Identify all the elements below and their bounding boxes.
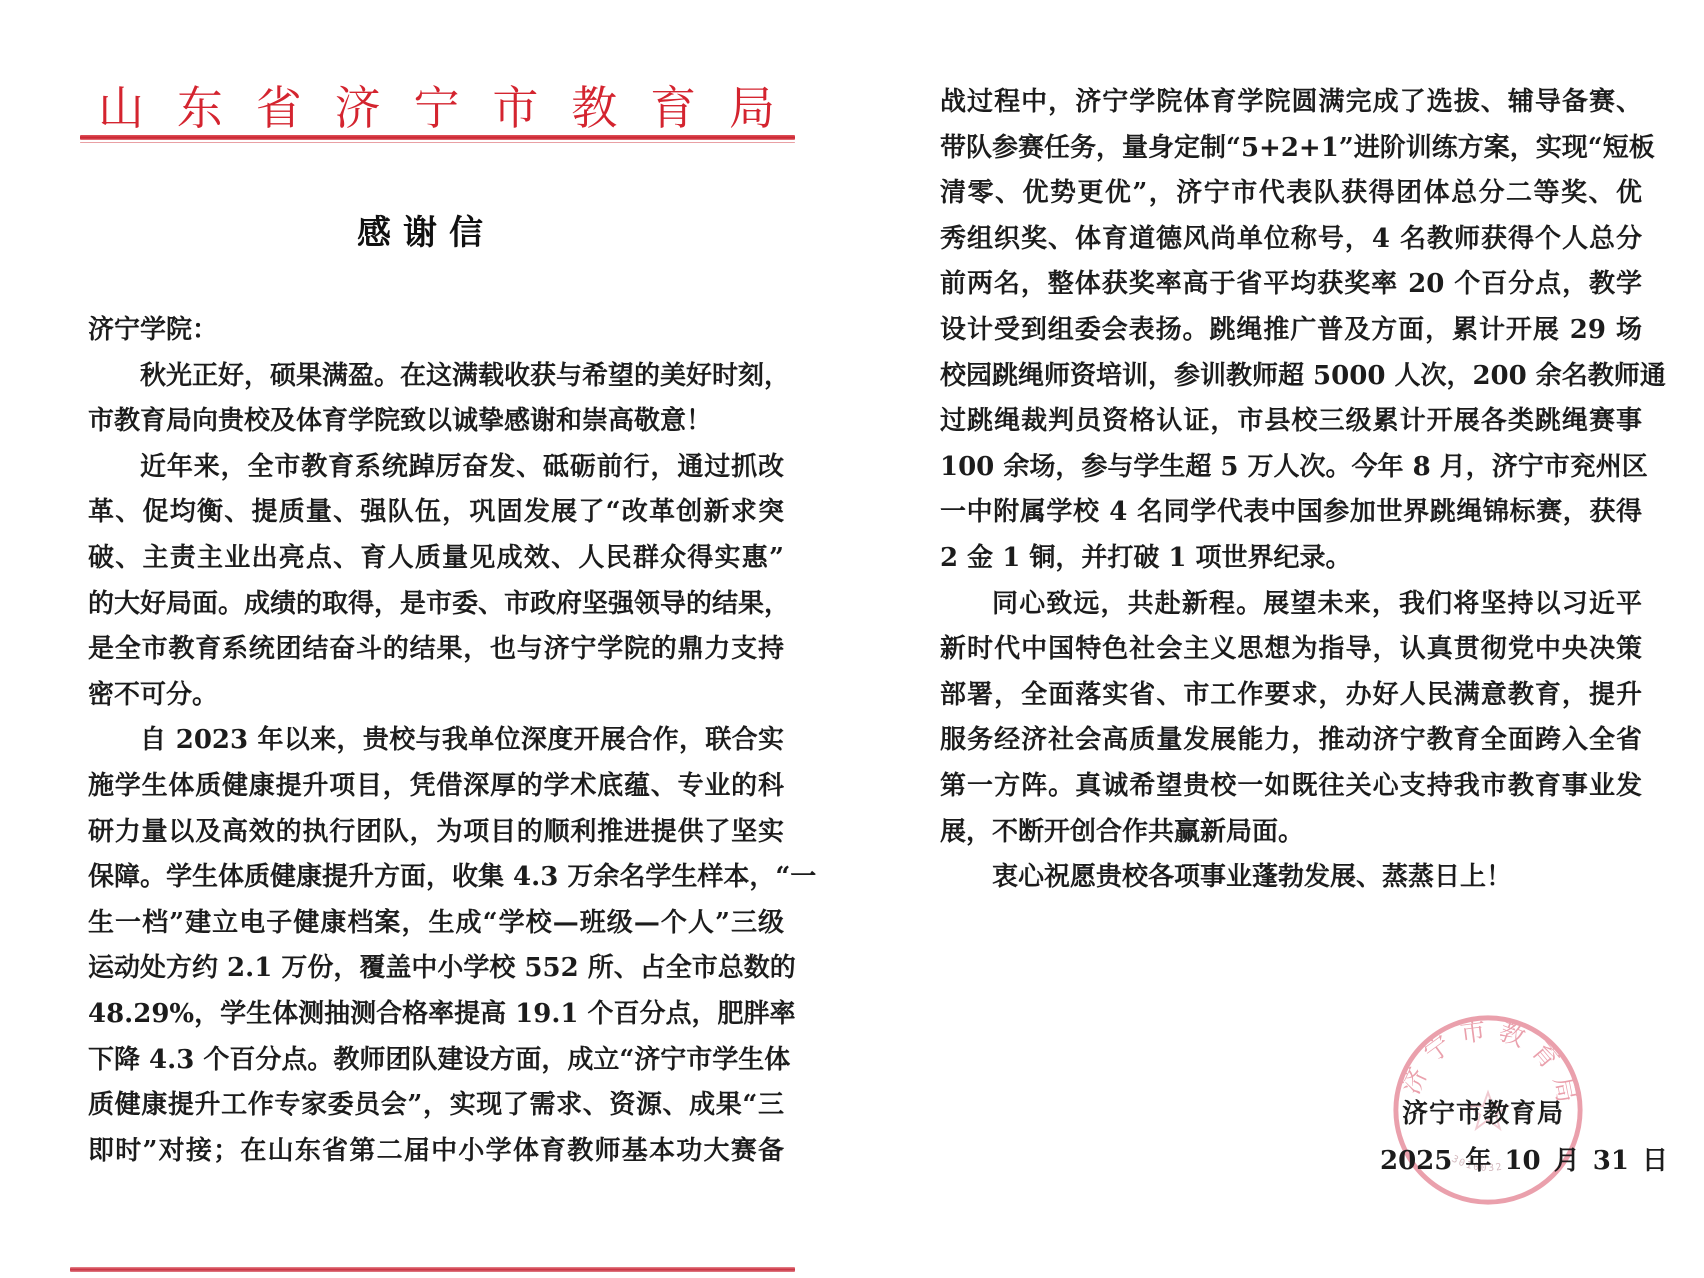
salutation: 济宁学院：	[88, 308, 784, 354]
letterhead-red-rule	[80, 135, 795, 140]
left-column-text-line: 密不可分。	[88, 673, 784, 719]
letterhead-char: 济	[335, 78, 381, 138]
right-column-text-line: 展，不断开创合作共赢新局面。	[940, 810, 1642, 856]
left-column-text-line: 质健康提升工作专家委员会”，实现了需求、资源、成果“三	[88, 1083, 784, 1129]
right-column-text-line: 清零、优势更优”，济宁市代表队获得团体总分二等奖、优	[940, 171, 1642, 217]
left-column-lines: 秋光正好，硕果满盈。在这满载收获与希望的美好时刻，市教育局向贵校及体育学院致以诚…	[88, 354, 784, 1175]
letterhead-char: 教	[571, 78, 617, 138]
left-column-text-line: 生一档”建立电子健康档案，生成“学校—班级—个人”三级	[88, 901, 784, 947]
left-column-body: 济宁学院： 秋光正好，硕果满盈。在这满载收获与希望的美好时刻，市教育局向贵校及体…	[88, 308, 784, 1174]
right-column-text-line: 衷心祝愿贵校各项事业蓬勃发展、蒸蒸日上！	[940, 855, 1642, 901]
right-column-text-line: 设计受到组委会表扬。跳绳推广普及方面，累计开展 29 场	[940, 308, 1642, 354]
left-column-text-line: 革、促均衡、提质量、强队伍，巩固发展了“改革创新求突	[88, 490, 784, 536]
signature-organization: 济宁市教育局	[1402, 1093, 1564, 1130]
right-column-text-line: 战过程中，济宁学院体育学院圆满完成了选拔、辅导备赛、	[940, 80, 1642, 126]
letterhead-thin-rule	[80, 142, 795, 143]
right-column-text-line: 部署，全面落实省、市工作要求，办好人民满意教育，提升	[940, 673, 1642, 719]
left-column-text-line: 研力量以及高效的执行团队，为项目的顺利推进提供了坚实	[88, 810, 784, 856]
left-column-text-line: 秋光正好，硕果满盈。在这满载收获与希望的美好时刻，	[88, 354, 784, 400]
right-column-body: 战过程中，济宁学院体育学院圆满完成了选拔、辅导备赛、带队参赛任务，量身定制“5+…	[940, 80, 1642, 901]
left-column-text-line: 破、主责主业出亮点、育人质量见成效、人民群众得实惠”	[88, 536, 784, 582]
left-column-text-line: 48.29%，学生体测抽测合格率提高 19.1 个百分点，肥胖率	[88, 992, 784, 1038]
letterhead-char: 市	[492, 78, 538, 138]
right-column-text-line: 第一方阵。真诚希望贵校一如既往关心支持我市教育事业发	[940, 764, 1642, 810]
left-column-text-line: 近年来，全市教育系统踔厉奋发、砥砺前行，通过抓改	[88, 445, 784, 491]
left-column-text-line: 是全市教育系统团结奋斗的结果，也与济宁学院的鼎力支持	[88, 627, 784, 673]
left-column-text-line: 即时”对接；在山东省第二届中小学体育教师基本功大赛备	[88, 1129, 784, 1175]
right-column-text-line: 过跳绳裁判员资格认证，市县校三级累计开展各类跳绳赛事	[940, 399, 1642, 445]
right-column-text-line: 前两名，整体获奖率高于省平均获奖率 20 个百分点，教学	[940, 262, 1642, 308]
right-column-text-line: 带队参赛任务，量身定制“5+2+1”进阶训练方案，实现“短板	[940, 126, 1642, 172]
left-column-text-line: 市教育局向贵校及体育学院致以诚挚感谢和崇高敬意！	[88, 399, 784, 445]
right-column-text-line: 服务经济社会高质量发展能力，推动济宁教育全面跨入全省	[940, 718, 1642, 764]
right-column-text-line: 秀组织奖、体育道德风尚单位称号，4 名教师获得个人总分	[940, 217, 1642, 263]
right-column-text-line: 一中附属学校 4 名同学代表中国参加世界跳绳锦标赛，获得	[940, 490, 1642, 536]
left-column-text-line: 保障。学生体质健康提升方面，收集 4.3 万余名学生样本，“一	[88, 855, 784, 901]
letterhead-char: 局	[729, 78, 775, 138]
left-column-text-line: 下降 4.3 个百分点。教师团队建设方面，成立“济宁市学生体	[88, 1038, 784, 1084]
right-column-text-line: 新时代中国特色社会主义思想为指导，认真贯彻党中央决策	[940, 627, 1642, 673]
letter-page-left: 山东省济宁市教育局 感谢信 济宁学院： 秋光正好，硕果满盈。在这满载收获与希望的…	[0, 0, 852, 1278]
left-column-text-line: 自 2023 年以来，贵校与我单位深度开展合作，联合实	[88, 718, 784, 764]
right-column-text-line: 校园跳绳师资培训，参训教师超 5000 人次，200 余名教师通	[940, 354, 1642, 400]
left-column-text-line: 运动处方约 2.1 万份，覆盖中小学校 552 所、占全市总数的	[88, 946, 784, 992]
letterhead-char: 省	[256, 78, 302, 138]
left-column-text-line: 的大好局面。成绩的取得，是市委、市政府坚强领导的结果，	[88, 582, 784, 628]
letterhead-char: 宁	[414, 78, 460, 138]
footer-red-rule	[70, 1267, 795, 1272]
document-title: 感谢信	[0, 205, 852, 254]
right-column-text-line: 100 余场，参与学生超 5 万人次。今年 8 月，济宁市兖州区	[940, 445, 1642, 491]
left-column-text-line: 施学生体质健康提升项目，凭借深厚的学术底蕴、专业的科	[88, 764, 784, 810]
signature-date: 2025 年 10 月 31 日	[1380, 1140, 1668, 1177]
right-column-lines: 战过程中，济宁学院体育学院圆满完成了选拔、辅导备赛、带队参赛任务，量身定制“5+…	[940, 80, 1642, 901]
letterhead: 山东省济宁市教育局	[80, 78, 795, 138]
right-column-text-line: 同心致远，共赴新程。展望未来，我们将坚持以习近平	[940, 582, 1642, 628]
letterhead-char: 山	[98, 78, 144, 138]
right-column-text-line: 2 金 1 铜，并打破 1 项世界纪录。	[940, 536, 1642, 582]
letterhead-char: 育	[650, 78, 696, 138]
letterhead-char: 东	[177, 78, 223, 138]
